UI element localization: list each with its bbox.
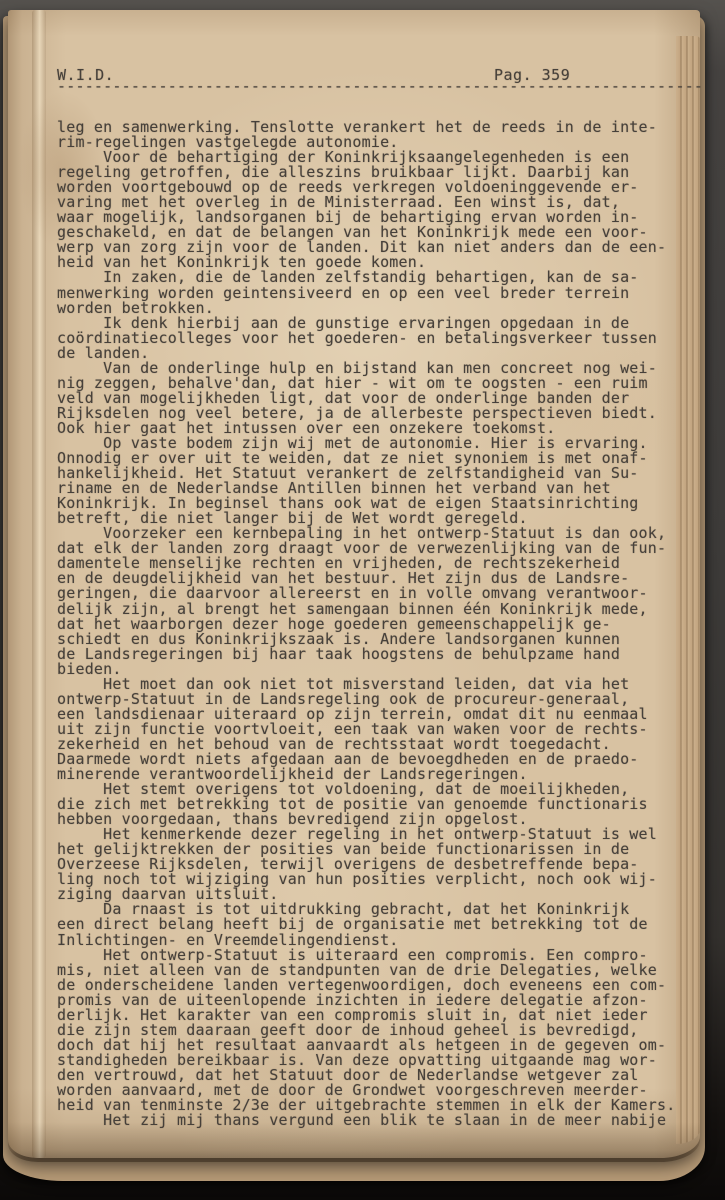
document-page: W.I.D. Pag. 359 ------------------------… — [8, 10, 700, 1158]
page-gutter-crease — [32, 10, 46, 1158]
dashed-rule: ----------------------------------------… — [57, 77, 701, 93]
stacked-page-edges — [676, 36, 700, 1144]
page-bottom-shadow — [8, 1122, 700, 1162]
typewritten-body: leg en samenwerking. Tenslotte verankert… — [57, 120, 675, 1128]
page-header: W.I.D. Pag. 359 ------------------------… — [57, 66, 701, 100]
